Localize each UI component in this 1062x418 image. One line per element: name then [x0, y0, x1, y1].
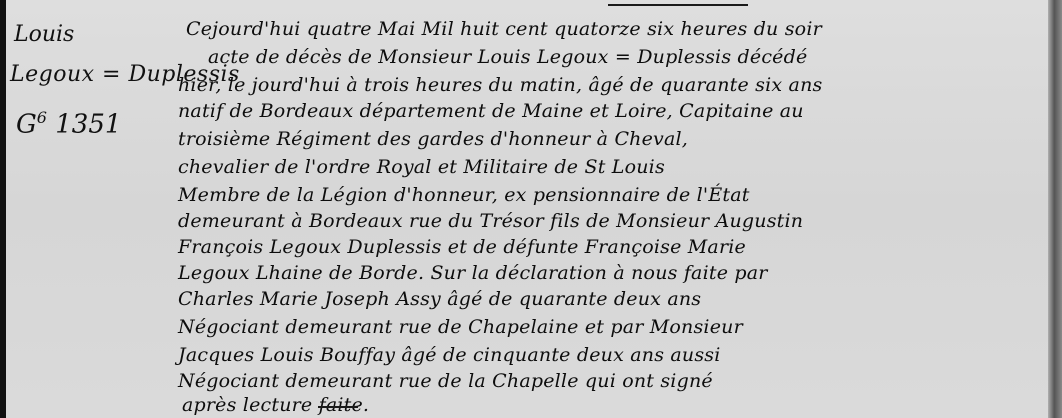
record-line-8: demeurant à Bordeaux rue du Trésor fils … [178, 210, 803, 232]
record-line-5: troisième Régiment des gardes d'honneur … [178, 128, 688, 150]
header-rule [608, 4, 748, 6]
document-page: Louis Legoux = Duplessis G6 1351 Cejourd… [0, 0, 1062, 418]
margin-reference-letter: G [16, 110, 37, 140]
record-line-7: Membre de la Légion d'honneur, ex pensio… [178, 184, 750, 206]
margin-annotation: Louis Legoux = Duplessis G6 1351 [8, 0, 178, 418]
record-line-11: Charles Marie Joseph Assy âgé de quarant… [178, 288, 701, 310]
page-edge-left [0, 0, 6, 418]
record-line-4: natif de Bordeaux département de Maine e… [178, 100, 804, 122]
margin-reference-number: 1351 [55, 110, 121, 140]
record-line-1: Cejourd'hui quatre Mai Mil huit cent qua… [186, 18, 822, 40]
record-line-15: après lecture faite. [182, 394, 369, 416]
closing-rule [318, 406, 358, 408]
record-line-13: Jacques Louis Bouffay âgé de cinquante d… [178, 344, 721, 366]
record-line-12: Négociant demeurant rue de Chapelaine et… [178, 316, 743, 338]
record-line-10: Legoux Lhaine de Borde. Sur la déclarati… [178, 262, 768, 284]
page-edge-right [1048, 0, 1062, 418]
record-line-3: hier, le jourd'hui à trois heures du mat… [178, 74, 822, 96]
margin-reference-superscript: 6 [37, 108, 47, 127]
record-line-14: Négociant demeurant rue de la Chapelle q… [178, 370, 713, 392]
record-body: Cejourd'hui quatre Mai Mil huit cent qua… [178, 0, 1048, 418]
record-line-9: François Legoux Duplessis et de défunte … [178, 236, 746, 258]
margin-reference: G6 1351 [16, 108, 121, 140]
record-line-2: acte de décès de Monsieur Louis Legoux =… [208, 46, 807, 68]
record-line-6: chevalier de l'ordre Royal et Militaire … [178, 156, 665, 178]
margin-first-name: Louis [14, 22, 74, 47]
